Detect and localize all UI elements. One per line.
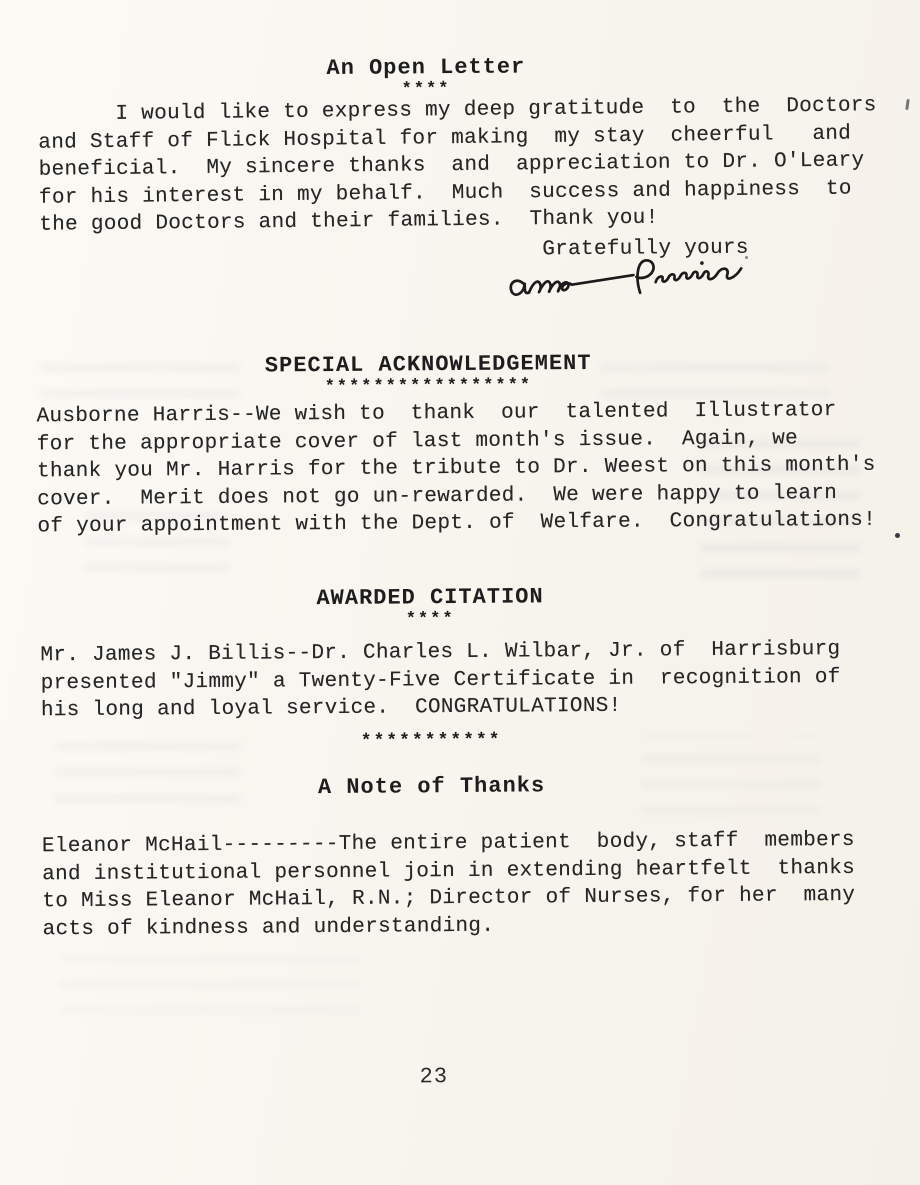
page-content: An Open Letter **** I would like to expr… bbox=[0, 0, 920, 1185]
special-acknowledgement-body: Ausborne Harris--We wish to thank our ta… bbox=[37, 397, 877, 541]
note-of-thanks-title: A Note of Thanks bbox=[21, 771, 841, 802]
scanned-page: An Open Letter **** I would like to expr… bbox=[0, 0, 920, 1185]
anne-perrine-signature bbox=[505, 247, 785, 309]
note-of-thanks-body: Eleanor McHail---------The entire patien… bbox=[42, 827, 856, 943]
ink-speck bbox=[895, 533, 900, 538]
signature-stroke-errine bbox=[655, 268, 741, 282]
open-letter-body: I would like to express my deep gratitud… bbox=[38, 92, 878, 239]
ink-speck bbox=[745, 256, 748, 259]
signature-i-dot bbox=[700, 261, 704, 265]
signature-stroke-p bbox=[636, 260, 655, 293]
awarded-citation-body: Mr. James J. Billis--Dr. Charles L. Wilb… bbox=[40, 636, 841, 725]
section-divider-asterisks: *********** bbox=[21, 728, 841, 754]
signature-stroke-anne bbox=[510, 275, 634, 295]
page-number: 23 bbox=[24, 1061, 844, 1092]
